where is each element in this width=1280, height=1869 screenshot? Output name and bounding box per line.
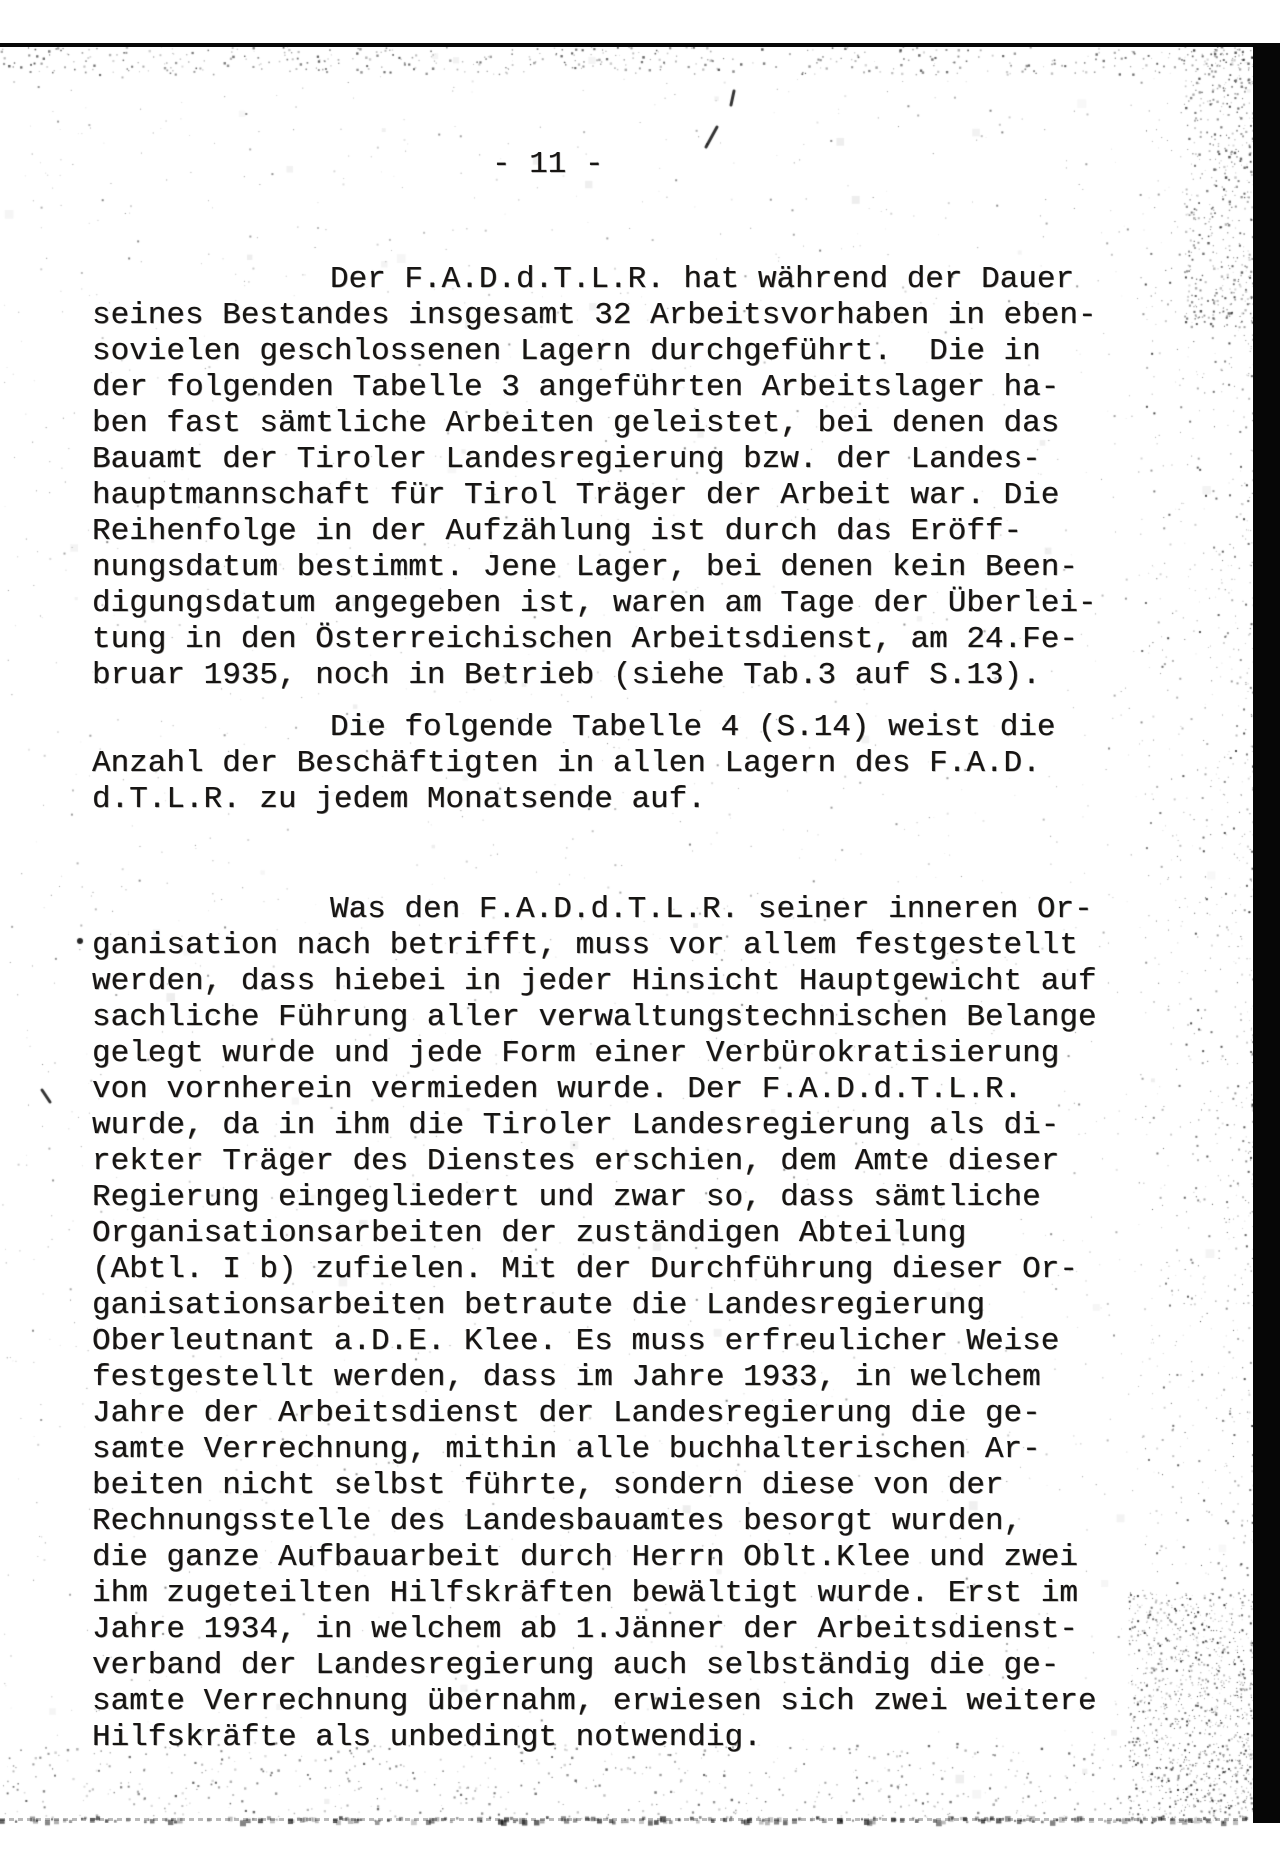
text-line: Anzahl der Beschäftigten in allen Lagern…: [92, 746, 1056, 782]
paragraph-2: Die folgende Tabelle 4 (S.14) weist dieA…: [92, 710, 1056, 818]
text-line: von vornherein vermieden wurde. Der F.A.…: [92, 1072, 1097, 1108]
text-line: die ganze Aufbauarbeit durch Herrn Oblt.…: [92, 1540, 1097, 1576]
text-line: ganisation nach betrifft, muss vor allem…: [92, 928, 1097, 964]
text-line: der folgenden Tabelle 3 angeführten Arbe…: [92, 370, 1097, 406]
text-line: Was den F.A.D.d.T.L.R. seiner inneren Or…: [92, 892, 1097, 928]
text-line: tung in den Österreichischen Arbeitsdien…: [92, 622, 1097, 658]
text-line: (Abtl. I b) zufielen. Mit der Durchführu…: [92, 1252, 1097, 1288]
text-line: sovielen geschlossenen Lagern durchgefüh…: [92, 334, 1097, 370]
text-line: Oberleutnant a.D.E. Klee. Es muss erfreu…: [92, 1324, 1097, 1360]
text-line: wurde, da in ihm die Tiroler Landesregie…: [92, 1108, 1097, 1144]
scanned-document-page: - 11 - Der F.A.D.d.T.L.R. hat während de…: [0, 0, 1280, 1869]
text-line: Jahre der Arbeitsdienst der Landesregier…: [92, 1396, 1097, 1432]
text-line: d.T.L.R. zu jedem Monatsende auf.: [92, 782, 1056, 818]
text-line: rekter Träger des Dienstes erschien, dem…: [92, 1144, 1097, 1180]
text-line: beiten nicht selbst führte, sondern dies…: [92, 1468, 1097, 1504]
text-line: festgestellt werden, dass im Jahre 1933,…: [92, 1360, 1097, 1396]
text-line: Der F.A.D.d.T.L.R. hat während der Dauer: [92, 262, 1097, 298]
text-line: nungsdatum bestimmt. Jene Lager, bei den…: [92, 550, 1097, 586]
text-line: ganisationsarbeiten betraute die Landesr…: [92, 1288, 1097, 1324]
text-line: Organisationsarbeiten der zuständigen Ab…: [92, 1216, 1097, 1252]
page-number: - 11 -: [492, 147, 604, 183]
text-line: ihm zugeteilten Hilfskräften bewältigt w…: [92, 1576, 1097, 1612]
text-line: sachliche Führung aller verwaltungstechn…: [92, 1000, 1097, 1036]
text-line: werden, dass hiebei in jeder Hinsicht Ha…: [92, 964, 1097, 1000]
typewritten-text-layer: - 11 - Der F.A.D.d.T.L.R. hat während de…: [0, 0, 1280, 1869]
text-line: samte Verrechnung übernahm, erwiesen sic…: [92, 1684, 1097, 1720]
text-line: bruar 1935, noch in Betrieb (siehe Tab.3…: [92, 658, 1097, 694]
text-line: digungsdatum angegeben ist, waren am Tag…: [92, 586, 1097, 622]
text-line: Hilfskräfte als unbedingt notwendig.: [92, 1720, 1097, 1756]
text-line: ben fast sämtliche Arbeiten geleistet, b…: [92, 406, 1097, 442]
text-line: Bauamt der Tiroler Landesregierung bzw. …: [92, 442, 1097, 478]
text-line: Jahre 1934, in welchem ab 1.Jänner der A…: [92, 1612, 1097, 1648]
text-line: Rechnungsstelle des Landesbauamtes besor…: [92, 1504, 1097, 1540]
text-line: hauptmannschaft für Tirol Träger der Arb…: [92, 478, 1097, 514]
paragraph-1: Der F.A.D.d.T.L.R. hat während der Dauer…: [92, 262, 1097, 694]
text-line: gelegt wurde und jede Form einer Verbüro…: [92, 1036, 1097, 1072]
text-line: verband der Landesregierung auch selbstä…: [92, 1648, 1097, 1684]
text-line: Regierung eingegliedert und zwar so, das…: [92, 1180, 1097, 1216]
paragraph-3: Was den F.A.D.d.T.L.R. seiner inneren Or…: [92, 892, 1097, 1756]
text-line: Die folgende Tabelle 4 (S.14) weist die: [92, 710, 1056, 746]
text-line: samte Verrechnung, mithin alle buchhalte…: [92, 1432, 1097, 1468]
text-line: seines Bestandes insgesamt 32 Arbeitsvor…: [92, 298, 1097, 334]
text-line: Reihenfolge in der Aufzählung ist durch …: [92, 514, 1097, 550]
